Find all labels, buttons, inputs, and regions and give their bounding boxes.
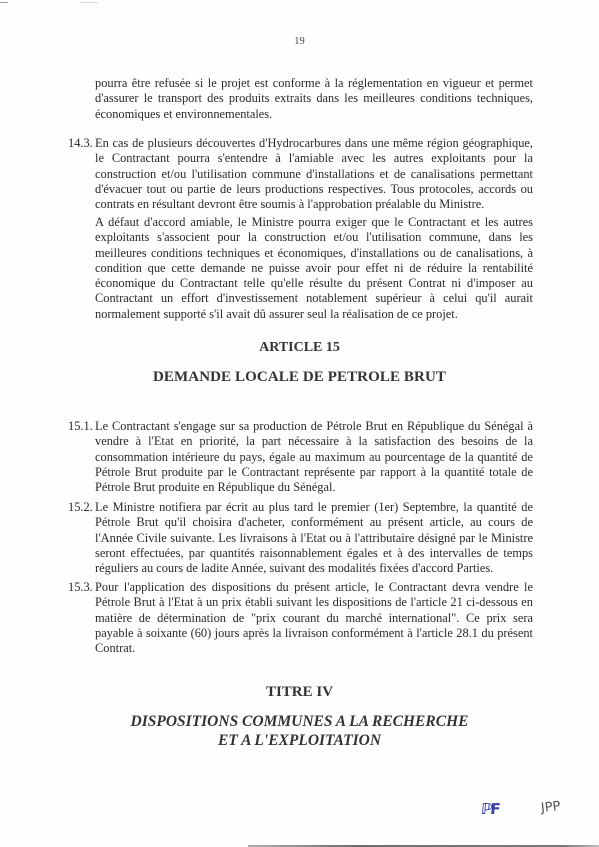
clause-14-3: 14.3. En cas de plusieurs découvertes d'… (68, 136, 533, 212)
clause-14-3-paragraph-2: A défaut d'accord amiable, le Ministre p… (95, 215, 533, 322)
clause-number: 15.1. (68, 419, 95, 434)
clause-15-1: 15.1. Le Contractant s'engage sur sa pro… (68, 419, 533, 495)
handwritten-initials-2: JPP (540, 799, 561, 816)
titre-title-line-1: DISPOSITIONS COMMUNES A LA RECHERCHE (0, 712, 599, 731)
clause-number: 15.2. (68, 500, 95, 515)
document-page: 19 pourra être refusée si le projet est … (0, 0, 599, 847)
clause-text: Pour l'application des dispositions du p… (95, 580, 533, 656)
titre-heading: TITRE IV (0, 684, 599, 701)
clause-15-3: 15.3. Pour l'application des disposition… (68, 580, 533, 656)
clause-text: Le Contractant s'engage sur sa productio… (95, 419, 533, 495)
handwritten-initials-1: ℙF (480, 800, 499, 818)
titre-title-line-2: ET A L'EXPLOITATION (0, 731, 599, 750)
scan-edge-mark (80, 2, 98, 3)
clause-text: Le Ministre notifiera par écrit au plus … (95, 500, 533, 576)
page-number: 19 (0, 36, 599, 47)
clause-text: En cas de plusieurs découvertes d'Hydroc… (95, 136, 533, 212)
clause-number: 14.3. (68, 136, 95, 151)
clause-15-2: 15.2. Le Ministre notifiera par écrit au… (68, 500, 533, 576)
article-heading: ARTICLE 15 (0, 340, 599, 356)
scan-edge-mark (0, 2, 8, 3)
titre-title: DISPOSITIONS COMMUNES A LA RECHERCHE ET … (0, 712, 599, 750)
clause-number: 15.3. (68, 580, 95, 595)
continuation-paragraph: pourra être refusée si le projet est con… (95, 76, 533, 122)
article-title: DEMANDE LOCALE DE PETROLE BRUT (0, 369, 599, 386)
